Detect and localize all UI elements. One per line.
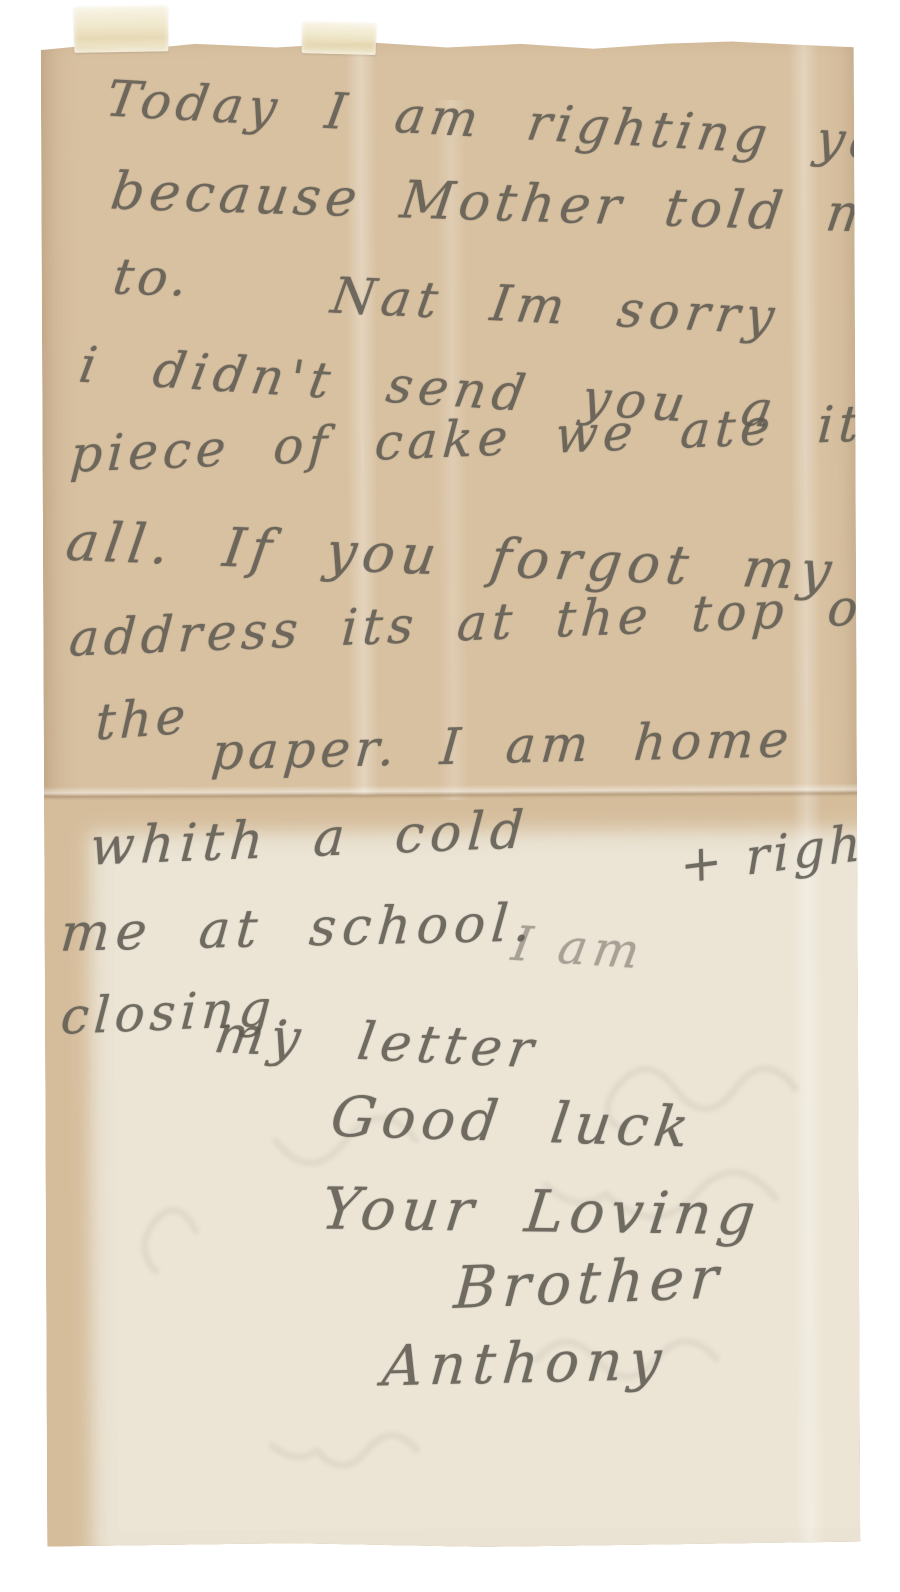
letter-paper: Today I am righting you because Mother t…	[41, 38, 861, 1549]
handwritten-line: the	[95, 686, 190, 751]
scanned-letter: Today I am righting you because Mother t…	[0, 0, 900, 1592]
tape-piece-left	[74, 5, 169, 53]
handwritten-line: me at school.	[58, 893, 539, 964]
handwritten-line: to.	[110, 248, 195, 308]
handwritten-line: Nat Im sorry	[327, 267, 784, 346]
handwritten-line: Today I am righting you	[102, 70, 860, 174]
signature: Anthony	[380, 1328, 671, 1399]
handwritten-line: because Mother told me	[107, 162, 860, 246]
handwritten-line: paper. I am home	[209, 710, 795, 781]
tape-piece-right	[302, 21, 377, 55]
handwritten-line-closing: Brother	[452, 1243, 726, 1322]
handwritten-line-faint: I am	[508, 916, 650, 980]
handwritten-line-closing: Your Loving	[318, 1175, 765, 1249]
handwritten-line-closing: Good luck	[327, 1085, 699, 1161]
